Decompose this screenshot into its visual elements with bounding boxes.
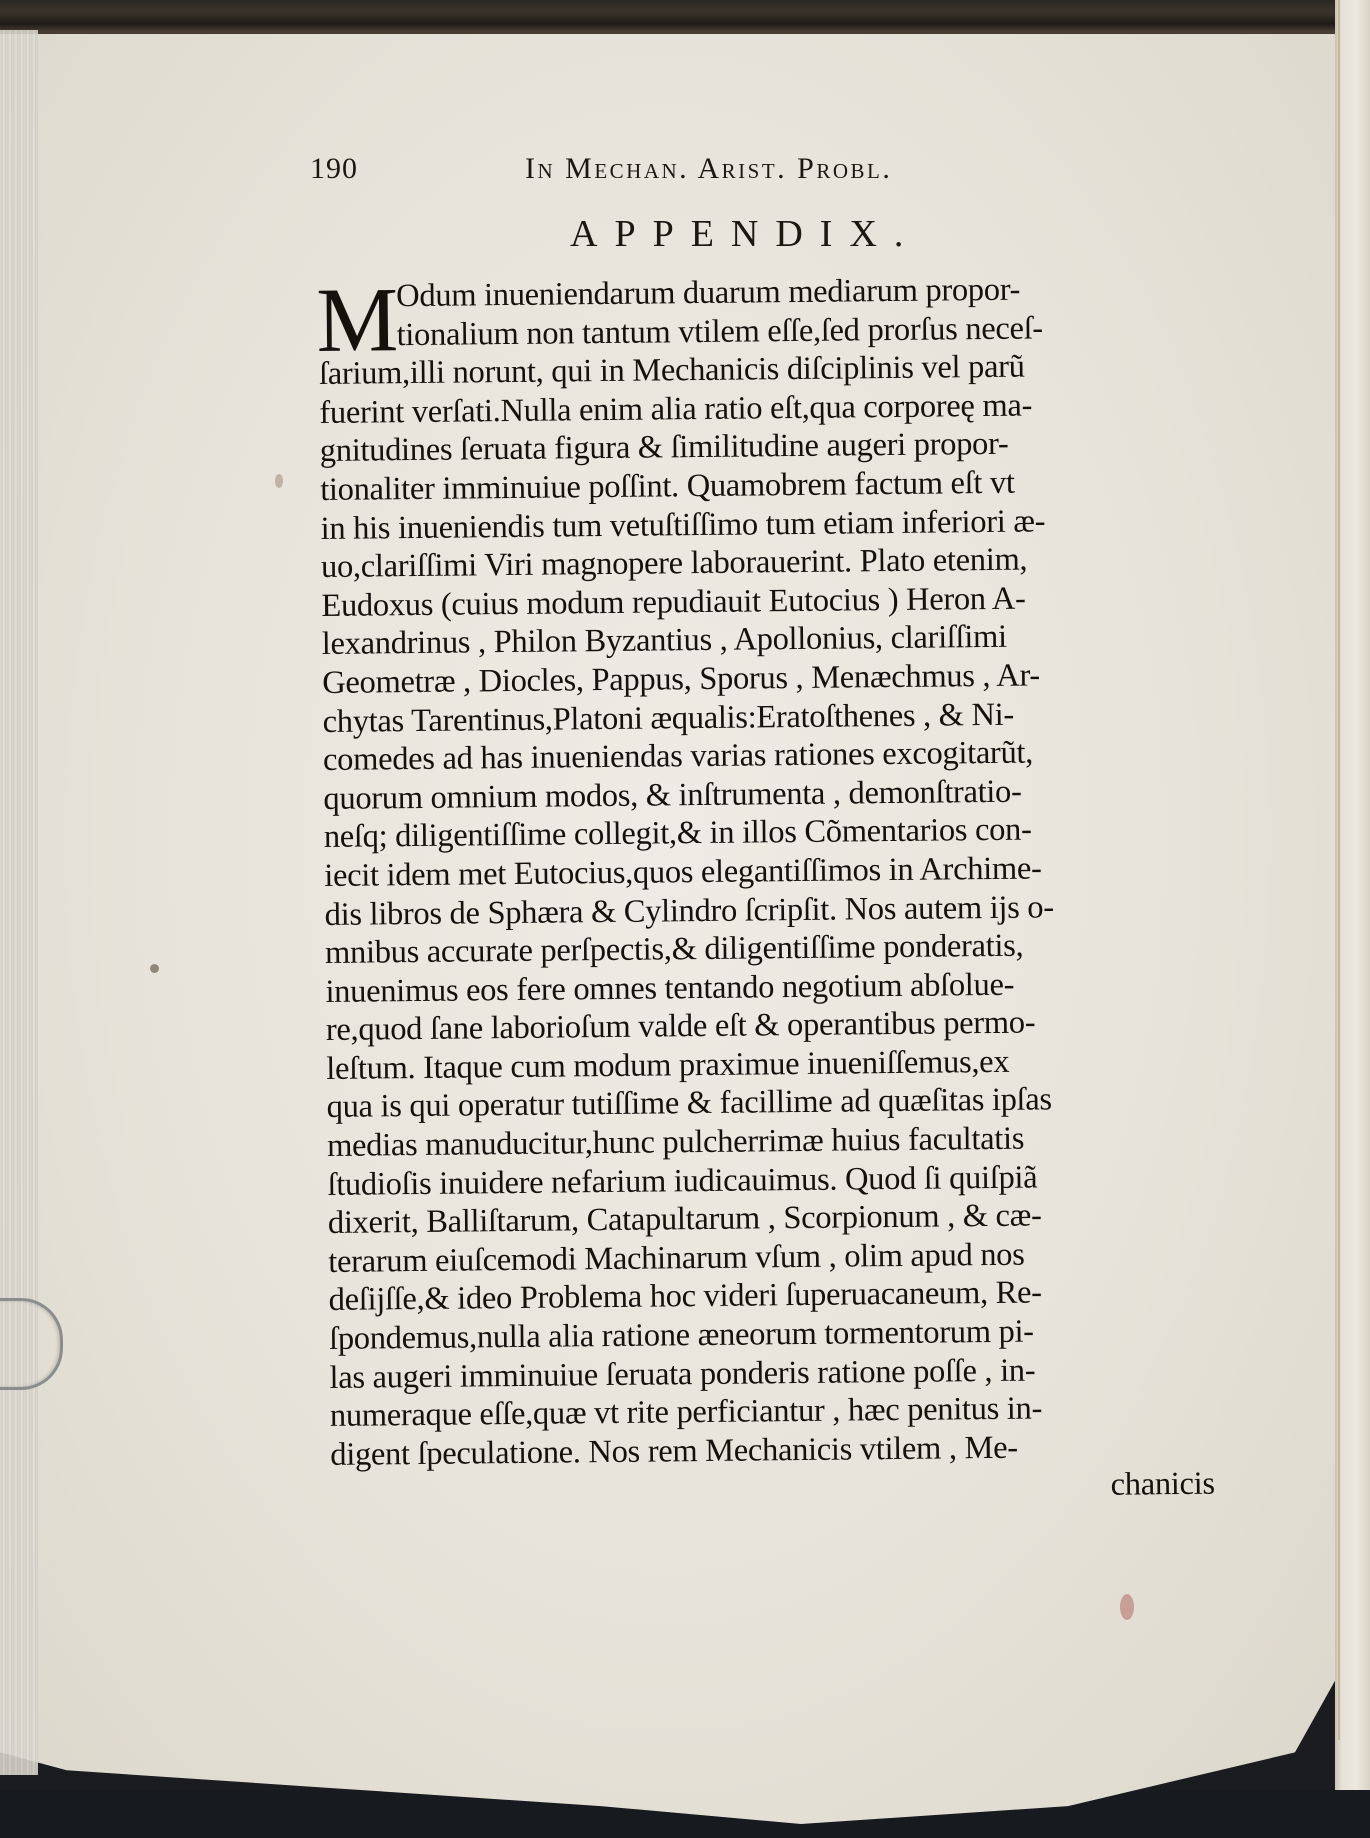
paper-stain — [275, 474, 283, 488]
ink-stain — [1120, 1594, 1134, 1620]
section-title: APPENDIX. — [570, 212, 920, 256]
running-title: In Mechan. Arist. Probl. — [525, 152, 892, 186]
next-page-edge — [1335, 0, 1370, 1838]
page-number: 190 — [310, 152, 358, 186]
page-stack-edge — [0, 30, 38, 1775]
drop-cap: M — [316, 279, 398, 360]
page-fold-line — [1338, 0, 1340, 1740]
running-head: 190 In Mechan. Arist. Probl. — [310, 152, 1130, 196]
paper-stain — [150, 964, 159, 973]
body-text: M Odum inueniendarum duarum mediarum pro… — [318, 269, 1231, 1513]
